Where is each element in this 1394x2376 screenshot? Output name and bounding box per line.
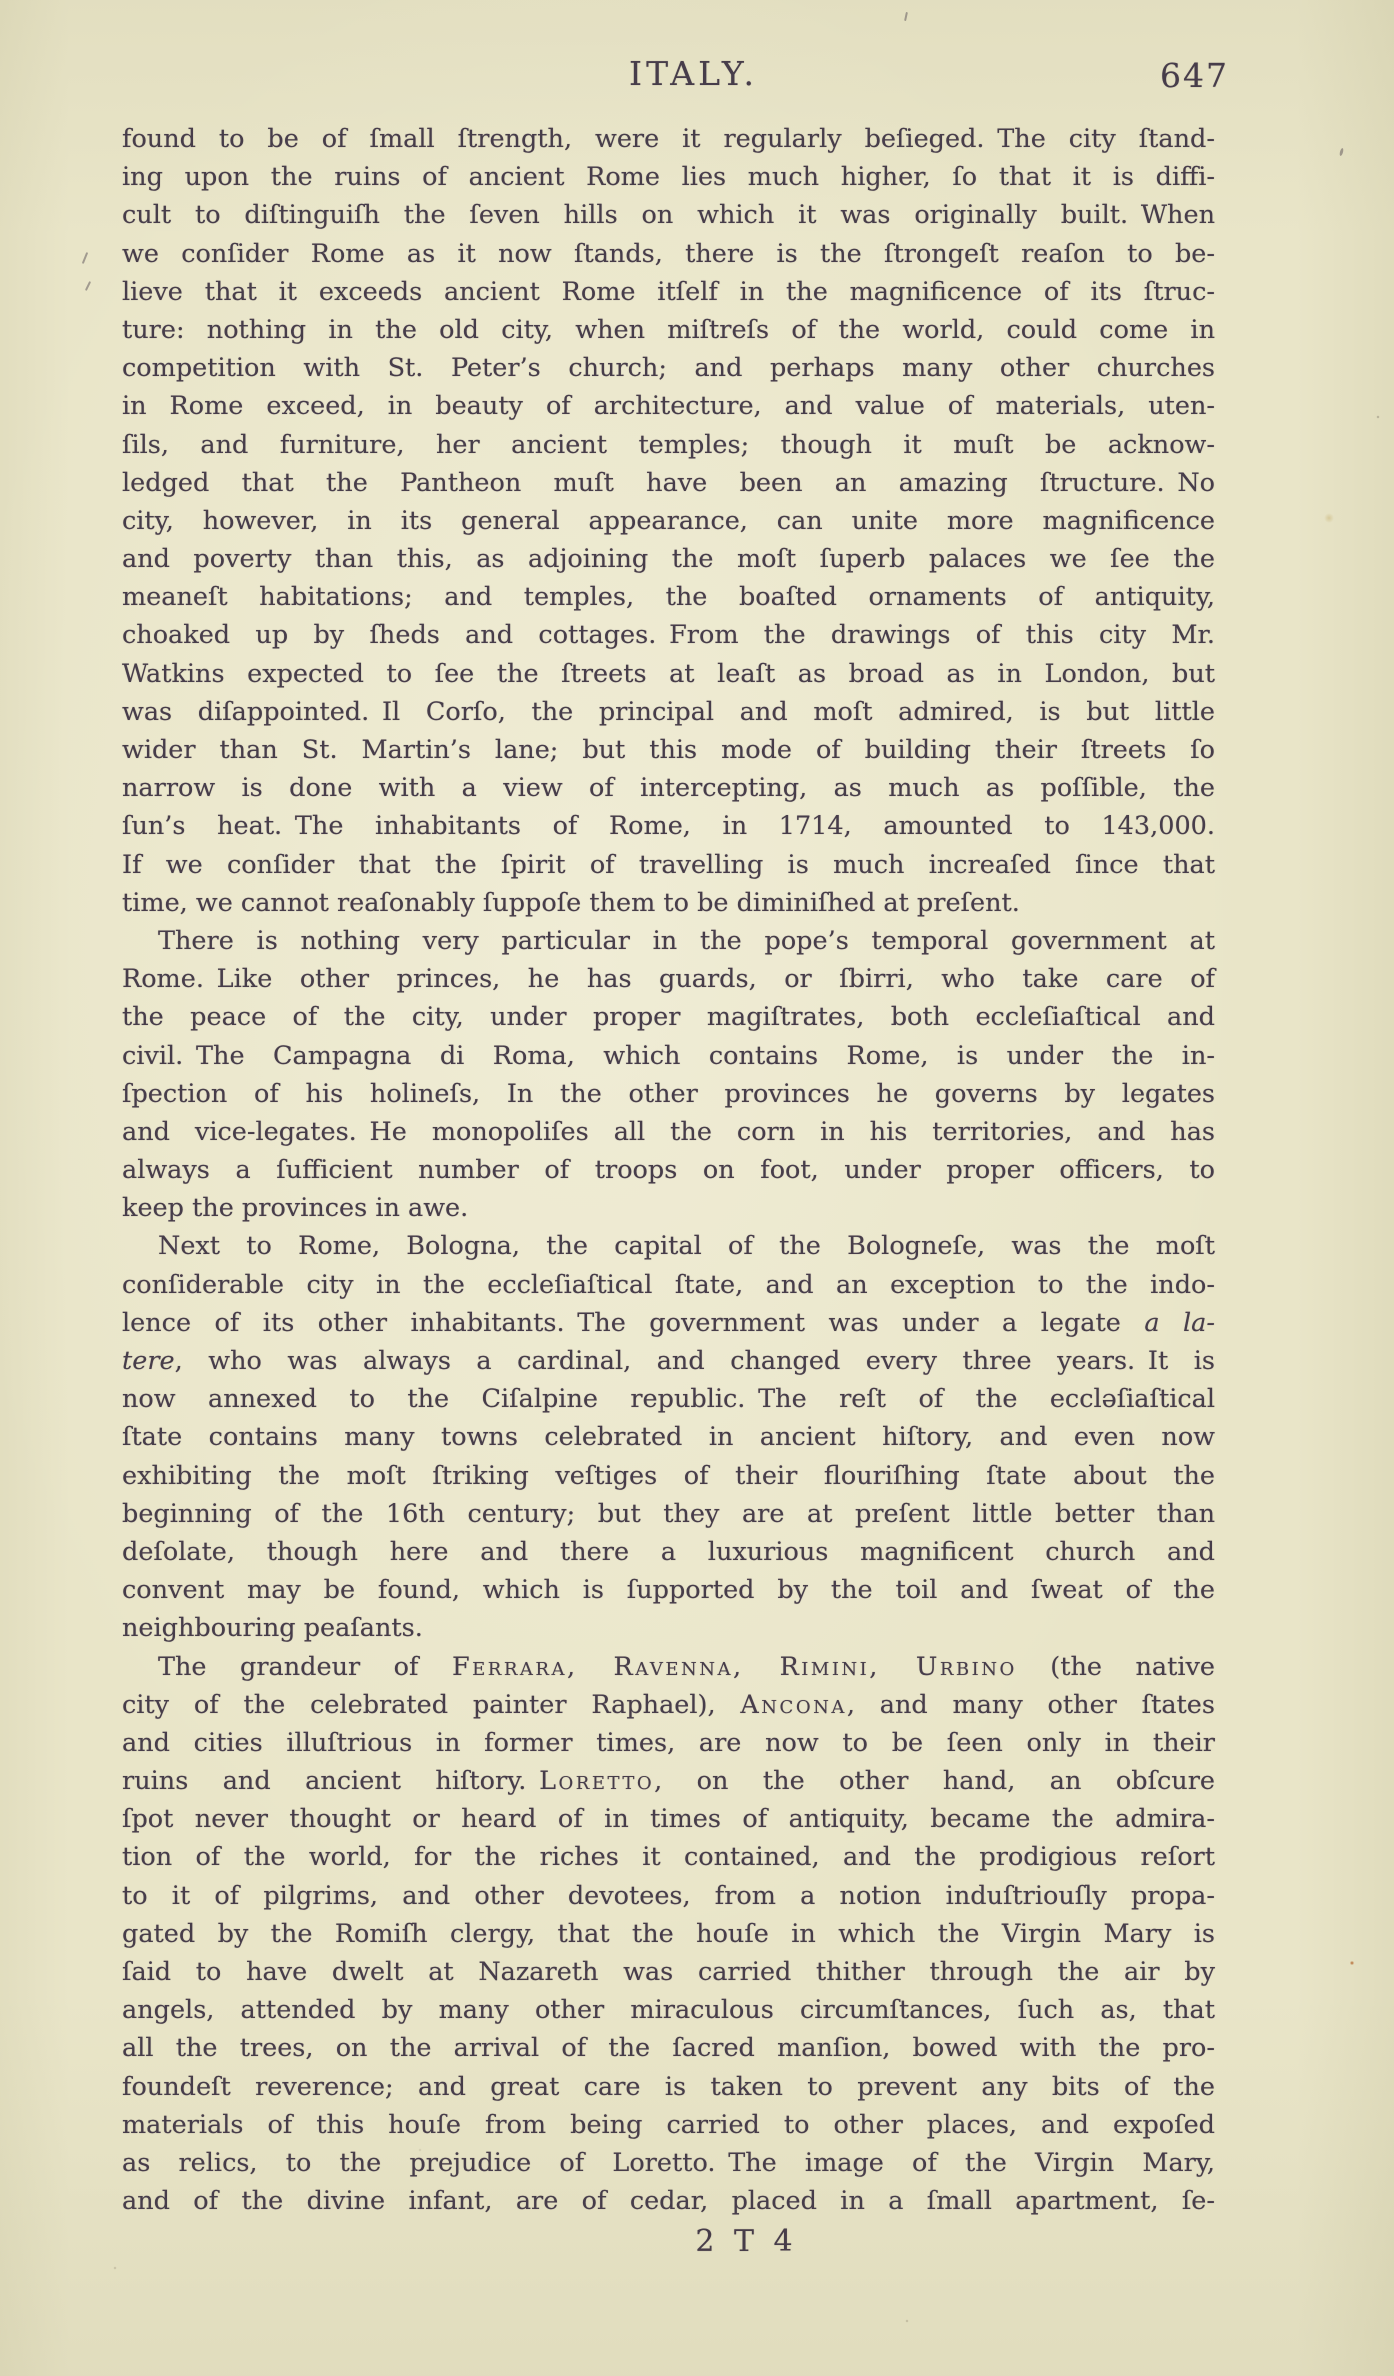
text-line: we conſider Rome as it now ſtands, there… — [122, 235, 1215, 273]
text-run: ruins and ancient hiſtory. — [122, 1766, 539, 1796]
text-line: was diſappointed. Il Corſo, the principa… — [122, 693, 1215, 731]
text-run: found to be of ſmall ſtrength, were it r… — [122, 124, 1215, 154]
text-run: wider than St. Martin’s lane; but this m… — [122, 735, 1215, 765]
text-line: civil. The Campagna di Roma, which conta… — [122, 1037, 1215, 1075]
text-run: now annexed to the Ciſalpine republic. T… — [122, 1384, 1215, 1414]
text-run: (the native — [1017, 1652, 1215, 1682]
text-run: ledged that the Pantheon muſt have been … — [122, 468, 1215, 498]
text-line: ing upon the ruins of ancient Rome lies … — [122, 158, 1215, 196]
text-run: all the trees, on the arrival of the ſac… — [122, 2033, 1215, 2063]
text-run: as relics, to the prejudice of Loretto. … — [122, 2148, 1215, 2178]
text-run: ture: nothing in the old city, when miſt… — [122, 315, 1215, 345]
text-column: ITALY. 647 found to be of ſmall ſtrength… — [122, 0, 1215, 2376]
text-run: , who was always a cardinal, and changed… — [175, 1346, 1215, 1376]
text-run: gated by the Romiſh clergy, that the hou… — [122, 1919, 1215, 1949]
text-run: and of the divine infant, are of cedar, … — [122, 2186, 1215, 2216]
text-run: ſils, and furniture, her ancient temples… — [122, 430, 1215, 460]
text-run: conſiderable city in the eccleſiaſtical … — [122, 1270, 1215, 1300]
text-line: angels, attended by many other miraculou… — [122, 1991, 1215, 2029]
text-line: ruins and ancient hiſtory. Loretto, on t… — [122, 1762, 1215, 1800]
text-line: in Rome exceed, in beauty of architectur… — [122, 387, 1215, 425]
italic-text: tere — [122, 1346, 175, 1376]
text-line: ſaid to have dwelt at Nazareth was carri… — [122, 1953, 1215, 1991]
text-run: , and many other ſtates — [847, 1690, 1215, 1720]
text-line: as relics, to the prejudice of Loretto. … — [122, 2144, 1215, 2182]
text-line: convent may be found, which is ſupported… — [122, 1571, 1215, 1609]
text-line: ture: nothing in the old city, when miſt… — [122, 311, 1215, 349]
text-line: time, we cannot reaſonably ſuppoſe them … — [122, 884, 1215, 922]
text-run: we conſider Rome as it now ſtands, there… — [122, 239, 1215, 269]
page-number: 647 — [1160, 56, 1229, 95]
text-line: cult to diſtinguiſh the ſeven hills on w… — [122, 196, 1215, 234]
text-run: narrow is done with a view of intercepti… — [122, 773, 1215, 803]
text-line: ſtate contains many towns celebrated in … — [122, 1418, 1215, 1456]
text-run: city of the celebrated painter Raphael), — [122, 1690, 740, 1720]
text-run: choaked up by ſheds and cottages. From t… — [122, 620, 1215, 650]
text-run: ſaid to have dwelt at Nazareth was carri… — [122, 1957, 1215, 1987]
text-run: was diſappointed. Il Corſo, the principa… — [122, 697, 1215, 727]
smallcaps-text: Ancona — [740, 1690, 846, 1720]
text-line: always a ſufficient number of troops on … — [122, 1151, 1215, 1189]
text-run: exhibiting the moſt ſtriking veſtiges of… — [122, 1461, 1215, 1491]
text-run: convent may be found, which is ſupported… — [122, 1575, 1215, 1605]
text-line: wider than St. Martin’s lane; but this m… — [122, 731, 1215, 769]
text-run: in Rome exceed, in beauty of architectur… — [122, 391, 1215, 421]
text-run: always a ſufficient number of troops on … — [122, 1155, 1215, 1185]
text-run: beginning of the 16th century; but they … — [122, 1499, 1215, 1529]
text-line: ſpection of his holineſs, In the other p… — [122, 1075, 1215, 1113]
ink-mark — [85, 281, 91, 291]
text-run: foundeſt reverence; and great care is ta… — [122, 2072, 1215, 2102]
text-run: ſtate contains many towns celebrated in … — [122, 1422, 1215, 1452]
text-line: city, however, in its general appearance… — [122, 502, 1215, 540]
text-run: ſun’s heat. The inhabitants of Rome, in … — [122, 811, 1215, 841]
text-run: and poverty than this, as adjoining the … — [122, 544, 1215, 574]
text-line: the peace of the city, under proper magi… — [122, 998, 1215, 1036]
text-run: The grandeur of — [158, 1652, 452, 1682]
text-line: beginning of the 16th century; but they … — [122, 1495, 1215, 1533]
text-run: angels, attended by many other miraculou… — [122, 1995, 1215, 2025]
text-line: Next to Rome, Bologna, the capital of th… — [122, 1227, 1215, 1265]
text-line: neighbouring peaſants. — [122, 1609, 1215, 1647]
running-title: ITALY. — [147, 54, 1240, 93]
text-line: choaked up by ſheds and cottages. From t… — [122, 616, 1215, 654]
text-run: materials of this houſe from being carri… — [122, 2110, 1215, 2140]
text-run: Next to Rome, Bologna, the capital of th… — [158, 1231, 1215, 1261]
text-run: If we conſider that the ſpirit of travel… — [122, 850, 1215, 880]
text-run: lieve that it exceeds ancient Rome itſel… — [122, 277, 1215, 307]
text-line: The grandeur of Ferrara, Ravenna, Rimini… — [122, 1648, 1215, 1686]
text-run: ſpot never thought or heard of in times … — [122, 1804, 1215, 1834]
text-run: ſpection of his holineſs, In the other p… — [122, 1079, 1215, 1109]
text-run: tion of the world, for the riches it con… — [122, 1842, 1215, 1872]
smallcaps-text: Ferrara, Ravenna, Rimini, Urbino — [452, 1652, 1017, 1682]
text-line: conſiderable city in the eccleſiaſtical … — [122, 1266, 1215, 1304]
text-line: There is nothing very particular in the … — [122, 922, 1215, 960]
text-line: ſpot never thought or heard of in times … — [122, 1800, 1215, 1838]
text-line: to it of pilgrims, and other devotees, f… — [122, 1877, 1215, 1915]
text-run: cult to diſtinguiſh the ſeven hills on w… — [122, 200, 1215, 230]
text-run: Watkins expected to ſee the ſtreets at l… — [122, 659, 1215, 689]
text-run: to it of pilgrims, and other devotees, f… — [122, 1881, 1215, 1911]
text-line: narrow is done with a view of intercepti… — [122, 769, 1215, 807]
text-run: civil. The Campagna di Roma, which conta… — [122, 1041, 1215, 1071]
text-line: found to be of ſmall ſtrength, were it r… — [122, 120, 1215, 158]
text-run: keep the provinces in awe. — [122, 1193, 468, 1223]
text-run: meaneſt habitations; and temples, the bo… — [122, 582, 1215, 612]
text-line: city of the celebrated painter Raphael),… — [122, 1686, 1215, 1724]
text-line: tere, who was always a cardinal, and cha… — [122, 1342, 1215, 1380]
text-run: competition with St. Peter’s church; and… — [122, 353, 1215, 383]
smallcaps-text: Loretto — [539, 1766, 654, 1796]
text-line: Rome. Like other princes, he has guards,… — [122, 960, 1215, 998]
text-line: ſun’s heat. The inhabitants of Rome, in … — [122, 807, 1215, 845]
text-line: and poverty than this, as adjoining the … — [122, 540, 1215, 578]
text-run: and cities illuſtrious in former times, … — [122, 1728, 1215, 1758]
text-line: competition with St. Peter’s church; and… — [122, 349, 1215, 387]
text-line: keep the provinces in awe. — [122, 1189, 1215, 1227]
text-line: ſils, and furniture, her ancient temples… — [122, 426, 1215, 464]
text-run: ing upon the ruins of ancient Rome lies … — [122, 162, 1215, 192]
text-run: , on the other hand, an obſcure — [654, 1766, 1215, 1796]
text-line: ledged that the Pantheon muſt have been … — [122, 464, 1215, 502]
text-line: and cities illuſtrious in former times, … — [122, 1724, 1215, 1762]
text-line: Watkins expected to ſee the ſtreets at l… — [122, 655, 1215, 693]
text-run: lence of its other inhabitants. The gove… — [122, 1308, 1144, 1338]
text-run: time, we cannot reaſonably ſuppoſe them … — [122, 888, 1020, 918]
text-run: deſolate, though here and there a luxuri… — [122, 1537, 1215, 1567]
text-line: and vice-legates. He monopoliſes all the… — [122, 1113, 1215, 1151]
text-run: neighbouring peaſants. — [122, 1613, 423, 1643]
text-line: now annexed to the Ciſalpine republic. T… — [122, 1380, 1215, 1418]
text-line: If we conſider that the ſpirit of travel… — [122, 846, 1215, 884]
text-line: tion of the world, for the riches it con… — [122, 1838, 1215, 1876]
text-line: lieve that it exceeds ancient Rome itſel… — [122, 273, 1215, 311]
text-line: lence of its other inhabitants. The gove… — [122, 1304, 1215, 1342]
text-run: There is nothing very particular in the … — [158, 926, 1215, 956]
text-line: exhibiting the moſt ſtriking veſtiges of… — [122, 1457, 1215, 1495]
text-run: city, however, in its general appearance… — [122, 506, 1215, 536]
text-run: and vice-legates. He monopoliſes all the… — [122, 1117, 1215, 1147]
text-run: the peace of the city, under proper magi… — [122, 1002, 1215, 1032]
text-run: Rome. Like other princes, he has guards,… — [122, 964, 1215, 994]
ink-mark — [82, 252, 88, 264]
text-line: materials of this houſe from being carri… — [122, 2106, 1215, 2144]
text-line: foundeſt reverence; and great care is ta… — [122, 2068, 1215, 2106]
text-line: all the trees, on the arrival of the ſac… — [122, 2029, 1215, 2067]
text-line: and of the divine infant, are of cedar, … — [122, 2182, 1215, 2220]
text-line: deſolate, though here and there a luxuri… — [122, 1533, 1215, 1571]
book-page-scan: ITALY. 647 found to be of ſmall ſtrength… — [0, 0, 1394, 2376]
text-line: gated by the Romiſh clergy, that the hou… — [122, 1915, 1215, 1953]
ink-mark — [1339, 148, 1344, 157]
signature-mark: 2 T 4 — [200, 2224, 1293, 2259]
italic-text: a la- — [1144, 1308, 1215, 1338]
text-line: meaneſt habitations; and temples, the bo… — [122, 578, 1215, 616]
body-text: found to be of ſmall ſtrength, were it r… — [122, 120, 1215, 2220]
